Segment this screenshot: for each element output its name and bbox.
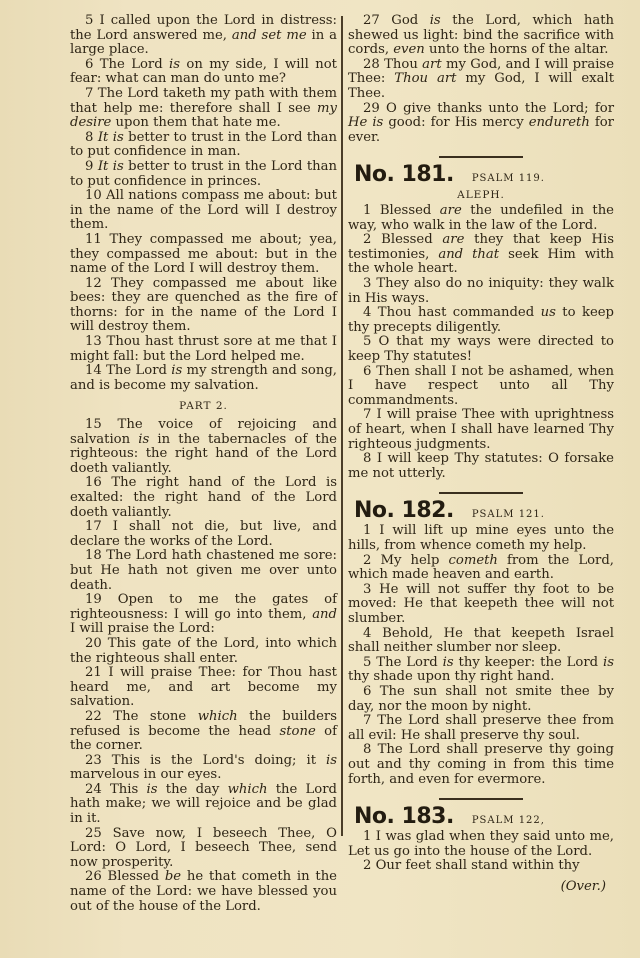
verse-number: 7: [85, 86, 93, 101]
verse-number: 7: [363, 407, 371, 422]
verse: 10 All nations compass me about: but in …: [70, 189, 337, 233]
verse-number: 3: [363, 276, 371, 291]
verse: 4 Behold, He that keepeth Israel shall n…: [348, 627, 614, 656]
verse-number: 21: [85, 665, 102, 680]
verse: 22 The stone which the builders refused …: [70, 710, 337, 754]
verse: 1 I was glad when they said unto me, Let…: [348, 830, 614, 859]
verse: 12 They compassed me about like bees: th…: [70, 277, 337, 335]
verse-number: 25: [85, 826, 102, 841]
verse: 3 He will not suffer thy foot to be move…: [348, 583, 614, 627]
hymn-verses: 1 I was glad when they said unto me, Let…: [348, 830, 614, 874]
verse-number: 6: [363, 684, 371, 699]
verse-number: 10: [85, 188, 102, 203]
verse: 7 I will praise Thee with uprightness of…: [348, 408, 614, 452]
verse: 19 Open to me the gates of righteousness…: [70, 593, 337, 637]
verse: 9 It is better to trust in the Lord than…: [70, 160, 337, 189]
over-page-indicator: (Over.): [348, 880, 614, 895]
verse: 6 The sun shall not smite thee by day, n…: [348, 685, 614, 714]
verse-number: 29: [363, 101, 380, 116]
part-heading: PART 2.: [70, 399, 337, 414]
verse: 3 They also do no iniquity: they walk in…: [348, 277, 614, 306]
hymn-number: No. 182.: [354, 504, 454, 519]
hymn-list: No. 181.PSALM 119.ALEPH.1 Blessed are th…: [348, 156, 614, 874]
verse: 5 I called upon the Lord in distress: th…: [70, 14, 337, 58]
verse-number: 12: [85, 276, 102, 291]
verse: 26 Blessed be he that cometh in the name…: [70, 870, 337, 914]
right-column: 27 God is the Lord, which hath shewed us…: [348, 14, 614, 895]
hymn-verses: 1 Blessed are the undefiled in the way, …: [348, 204, 614, 481]
verse: 13 Thou hast thrust sore at me that I mi…: [70, 335, 337, 364]
verse-number: 14: [85, 363, 102, 378]
verse-number: 8: [85, 130, 93, 145]
psalm-reference: PSALM 122,: [472, 814, 545, 829]
verse-number: 17: [85, 519, 102, 534]
verse: 8 It is better to trust in the Lord than…: [70, 131, 337, 160]
verse-number: 26: [85, 869, 102, 884]
verse: 2 My help cometh from the Lord, which ma…: [348, 554, 614, 583]
verse-number: 19: [85, 592, 102, 607]
verse-number: 8: [363, 742, 371, 757]
hymnal-page: 5 I called upon the Lord in distress: th…: [0, 0, 640, 958]
verse-number: 20: [85, 636, 102, 651]
verse: 21 I will praise Thee: for Thou hast hea…: [70, 666, 337, 710]
hymn-verses: 1 I will lift up mine eyes unto the hill…: [348, 524, 614, 787]
verse-number: 5: [85, 13, 93, 28]
hymn-number: No. 183.: [354, 810, 454, 825]
verse: 1 I will lift up mine eyes unto the hill…: [348, 524, 614, 553]
verse: 8 The Lord shall preserve thy going out …: [348, 743, 614, 787]
verse-number: 15: [85, 417, 102, 432]
section-rule: [439, 156, 523, 158]
verse-number: 2: [363, 553, 371, 568]
verse-number: 24: [85, 782, 102, 797]
verse-number: 6: [85, 57, 93, 72]
verse: 27 God is the Lord, which hath shewed us…: [348, 14, 614, 58]
verse: 28 Thou art my God, and I will praise Th…: [348, 58, 614, 102]
verse: 6 Then shall I not be ashamed, when I ha…: [348, 365, 614, 409]
verse-number: 16: [85, 475, 102, 490]
verses-psalm-118-part-2: 15 The voice of rejoicing and salvation …: [70, 418, 337, 914]
verse: 5 O that my ways were directed to keep T…: [348, 335, 614, 364]
verse-number: 18: [85, 548, 102, 563]
verse-number: 7: [363, 713, 371, 728]
verse-number: 28: [363, 57, 380, 72]
hymn-heading: No. 182.PSALM 121.: [354, 504, 614, 523]
verse-number: 11: [85, 232, 102, 247]
verse: 1 Blessed are the undefiled in the way, …: [348, 204, 614, 233]
column-divider: [341, 16, 343, 836]
verse: 5 The Lord is thy keeper: the Lord is th…: [348, 656, 614, 685]
verse-number: 6: [363, 364, 371, 379]
verse: 17 I shall not die, but live, and declar…: [70, 520, 337, 549]
continued-verses: 27 God is the Lord, which hath shewed us…: [348, 14, 614, 145]
verse: 2 Our feet shall stand within thy: [348, 859, 614, 874]
verse: 15 The voice of rejoicing and salvation …: [70, 418, 337, 476]
verse-number: 22: [85, 709, 102, 724]
verse: 25 Save now, I beseech Thee, O Lord: O L…: [70, 827, 337, 871]
verse: 20 This gate of the Lord, into which the…: [70, 637, 337, 666]
verse: 8 I will keep Thy statutes: O forsake me…: [348, 452, 614, 481]
psalm-reference: PSALM 121.: [472, 508, 545, 523]
verse-number: 1: [363, 523, 371, 538]
hymn-heading: No. 183.PSALM 122,: [354, 810, 614, 829]
hymn-heading: No. 181.PSALM 119.: [354, 168, 614, 187]
verse-number: 4: [363, 305, 371, 320]
verse: 23 This is the Lord's doing; it is marve…: [70, 754, 337, 783]
verse-number: 1: [363, 829, 371, 844]
verse-number: 8: [363, 451, 371, 466]
verse: 7 The Lord taketh my path with them that…: [70, 87, 337, 131]
verse: 14 The Lord is my strength and song, and…: [70, 364, 337, 393]
verse: 16 The right hand of the Lord is exalted…: [70, 476, 337, 520]
verse: 18 The Lord hath chastened me sore: but …: [70, 549, 337, 593]
verse-number: 1: [363, 203, 371, 218]
section-rule: [439, 492, 523, 494]
verse: 6 The Lord is on my side, I will not fea…: [70, 58, 337, 87]
verses-psalm-118-part-1: 5 I called upon the Lord in distress: th…: [70, 14, 337, 393]
verse-number: 13: [85, 334, 102, 349]
verse-number: 5: [363, 334, 371, 349]
verse-number: 5: [363, 655, 371, 670]
verse-number: 4: [363, 626, 371, 641]
section-rule: [439, 798, 523, 800]
hymn-number: No. 181.: [354, 168, 454, 183]
verse-number: 27: [363, 13, 380, 28]
verse: 4 Thou hast commanded us to keep thy pre…: [348, 306, 614, 335]
verse-number: 2: [363, 858, 371, 873]
verse: 11 They compassed me about; yea, they co…: [70, 233, 337, 277]
verse-number: 2: [363, 232, 371, 247]
left-column: 5 I called upon the Lord in distress: th…: [70, 14, 337, 914]
verse-number: 23: [85, 753, 102, 768]
verse: 29 O give thanks unto the Lord; for He i…: [348, 102, 614, 146]
psalm-reference: PSALM 119.: [472, 172, 545, 187]
verse-number: 9: [85, 159, 93, 174]
verse: 24 This is the day which the Lord hath m…: [70, 783, 337, 827]
verse: 7 The Lord shall preserve thee from all …: [348, 714, 614, 743]
verse: 2 Blessed are they that keep His testimo…: [348, 233, 614, 277]
hymn-subheading: ALEPH.: [348, 188, 614, 203]
verse-number: 3: [363, 582, 371, 597]
